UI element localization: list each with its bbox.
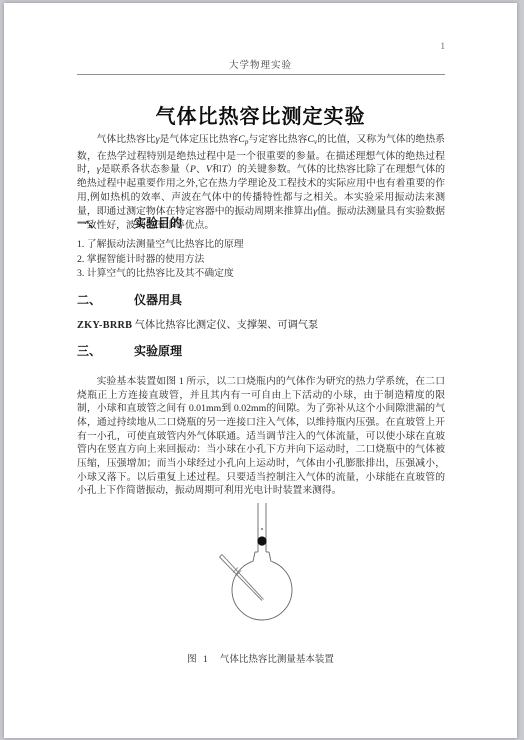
document-title: 气体比热容比测定实验 [4,100,517,129]
section-title: 仪器用具 [134,293,182,307]
principle-paragraph: 实验基本装置如图 1 所示，以二口烧瓶内的气体作为研究的热力学系统，在二口烧瓶正… [77,375,445,498]
instrument-model: ZKY-BRRB [77,320,132,331]
instrument-items: 气体比热容比测定仪、支撑架、可调气泵 [135,320,318,331]
section-heading-2: 二、仪器用具 [77,291,182,308]
section-title: 实验目的 [134,216,182,230]
objectives-list: 1. 了解振动法测量空气比热容比的原理 2. 掌握智能计时器的使用方法 3. 计… [77,238,445,282]
apparatus-diagram [192,500,332,648]
section-number: 三、 [77,344,101,358]
figure-caption: 图 1气体比热容比测量基本装置 [4,651,517,665]
figure-caption-text: 气体比热容比测量基本装置 [220,655,334,665]
oscillating-ball [257,536,266,545]
section-heading-1: 一、实验目的 [77,214,182,231]
list-item: 2. 掌握智能计时器的使用方法 [77,253,445,268]
header-rule [77,74,445,75]
section-heading-3: 三、实验原理 [77,342,182,359]
flask [232,560,292,620]
equipment-line: ZKY-BRRB 气体比热容比测定仪、支撑架、可调气泵 [77,316,457,331]
document-page: 1 大学物理实验 气体比热容比测定实验 气体比热容比γ是气体定压比热容Cp与定容… [4,3,517,738]
section-title: 实验原理 [134,344,182,358]
intro-text: 气体比热容比 [97,134,156,145]
figure-apparatus [192,500,332,648]
section-number: 二、 [77,293,101,307]
section-number: 一、 [77,216,101,230]
small-hole [261,528,263,530]
flask-neck [253,552,272,562]
running-header: 大学物理实验 [4,57,517,71]
figure-caption-label: 图 1 [187,655,210,665]
list-item: 3. 计算空气的比热容比及其不确定度 [77,267,445,282]
page-number: 1 [441,41,446,51]
list-item: 1. 了解振动法测量空气比热容比的原理 [77,238,445,253]
